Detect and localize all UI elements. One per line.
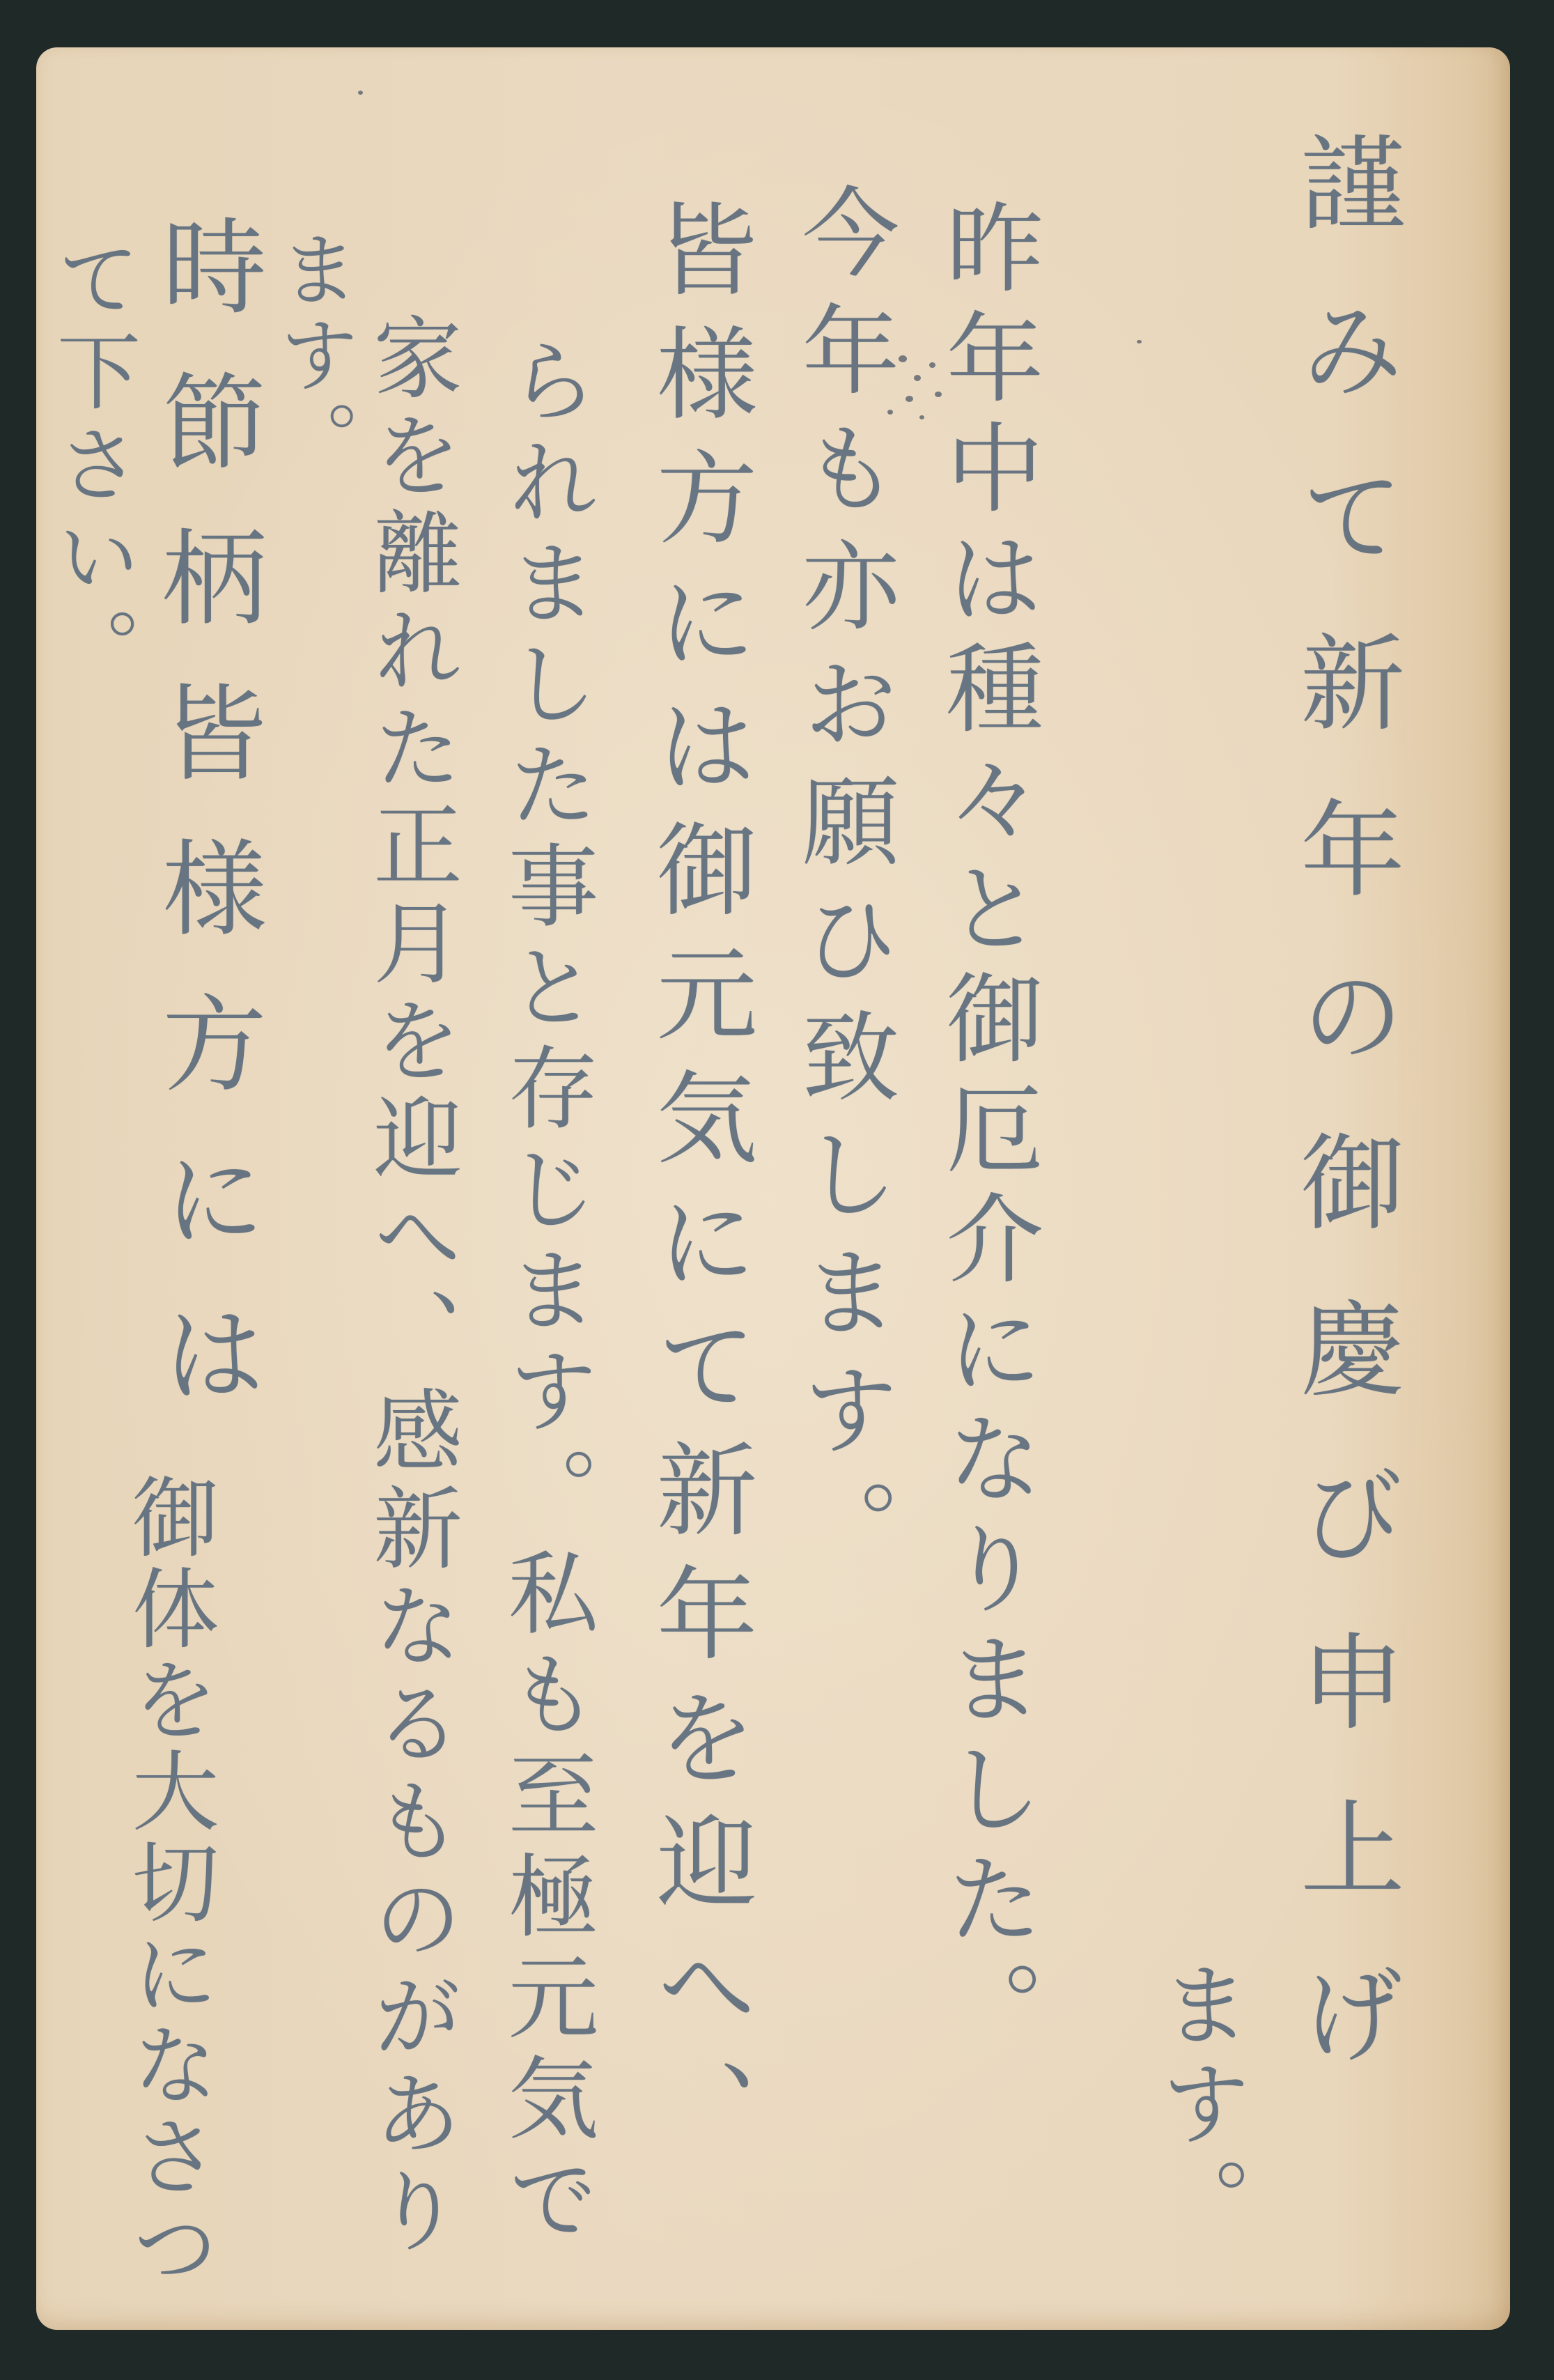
closing-line-please: て下さい。 <box>49 235 133 699</box>
letter-line-ending: ます。 <box>272 228 352 485</box>
scan-background: 謹みて新年の御慶び申上げ ます。 昨年中は種々と御厄介になりました。 今年も亦お… <box>0 0 1554 2380</box>
closing-line-season: 時節柄皆様方には <box>153 212 257 1455</box>
letter-line-away-from-home: 家を離れた正月を迎へ、感新なるものがあり <box>365 311 454 2262</box>
ink-speck <box>358 91 363 95</box>
letter-line-everyone: 皆様方には御元気にて新年を迎へ、 <box>648 197 749 2181</box>
ink-speck <box>919 415 924 419</box>
ink-speck <box>899 355 907 362</box>
letter-line-self-well: られました事と存じます。私も至極元気で <box>501 334 591 2253</box>
ink-speck <box>914 375 921 381</box>
letter-line-last-year: 昨年中は種々と御厄介になりました。 <box>938 197 1035 2069</box>
ink-speck <box>906 396 913 402</box>
ink-speck <box>1137 340 1142 343</box>
greeting-line: 謹みて新年の御慶び申上げ <box>1291 129 1395 2127</box>
greeting-line-ending: ます。 <box>1153 1958 1244 2255</box>
closing-line-take-care: 御体を大切になさつ <box>124 1472 211 2294</box>
letter-line-this-year: 今年も亦お願ひ致します。 <box>793 182 891 1595</box>
